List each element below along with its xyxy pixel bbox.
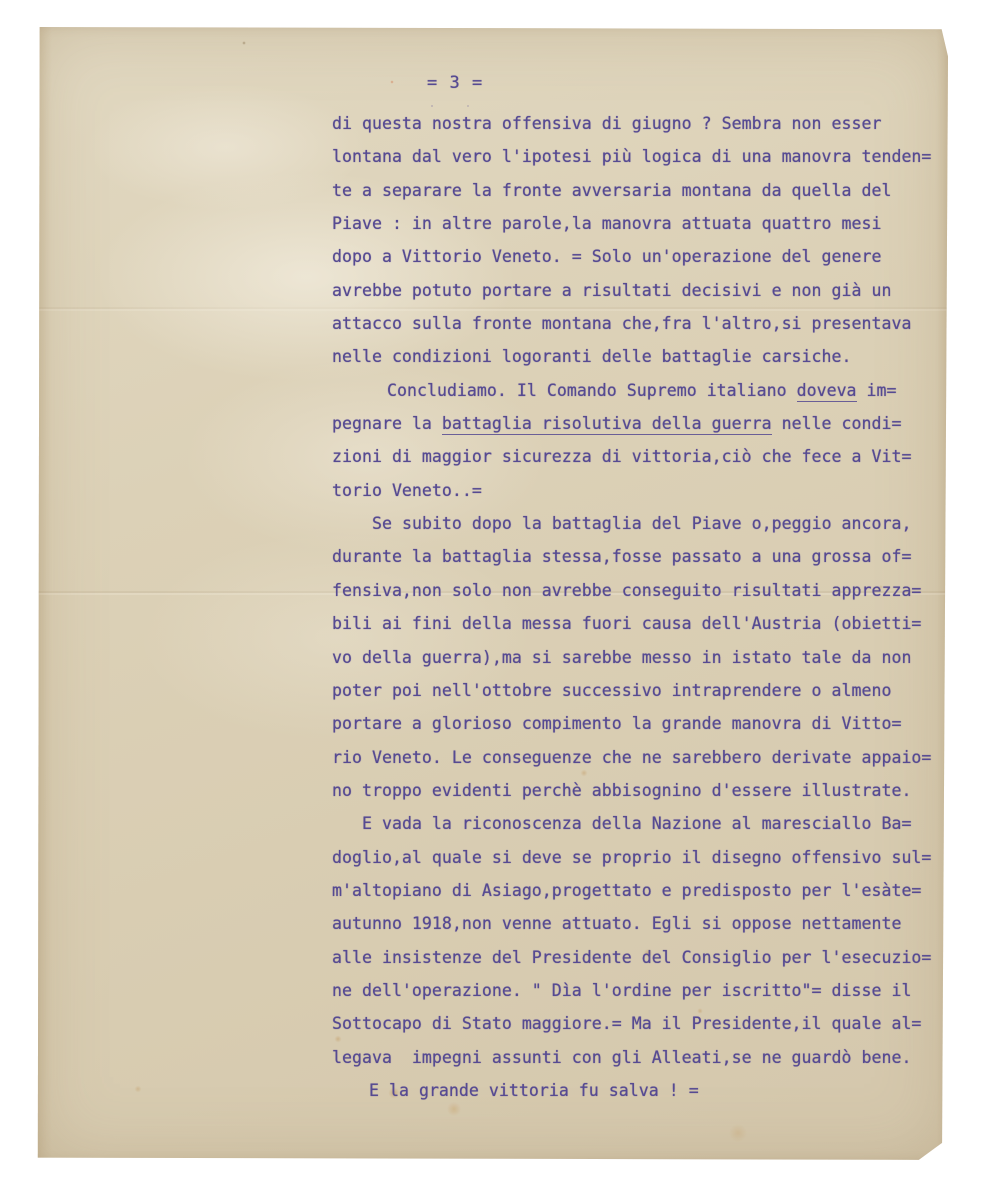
text-segment: Se subito dopo la battaglia del Piave o,…: [372, 514, 911, 533]
typewritten-line: pegnare la battaglia risolutiva della gu…: [332, 407, 944, 440]
text-segment: Concludiamo. Il Comando Supremo italiano: [387, 381, 797, 400]
text-segment: nelle condizioni logoranti delle battagl…: [332, 347, 852, 366]
typewritten-line: nelle condizioni logoranti delle battagl…: [332, 340, 944, 373]
typewritten-line: dopo a Vittorio Veneto. = Solo un'operaz…: [332, 240, 944, 273]
typewritten-line: durante la battaglia stessa,fosse passat…: [332, 540, 944, 573]
text-segment: pegnare la: [332, 414, 442, 433]
typewritten-line: lontana dal vero l'ipotesi più logica di…: [332, 140, 944, 173]
typewritten-text: di questa nostra offensiva di giugno ? S…: [332, 107, 944, 1107]
text-segment: m'altopiano di Asiago,progettato e predi…: [332, 881, 921, 900]
typewritten-line: torio Veneto..=: [332, 474, 944, 507]
typewritten-line: Se subito dopo la battaglia del Piave o,…: [332, 507, 944, 540]
text-segment: doglio,al quale si deve se proprio il di…: [332, 848, 931, 867]
typewritten-line: legava impegni assunti con gli Alleati,s…: [332, 1041, 944, 1074]
text-segment: vo della guerra),ma si sarebbe messo in …: [332, 648, 911, 667]
typewritten-line: alle insistenze del Presidente del Consi…: [332, 941, 944, 974]
typewritten-line: no troppo evidenti perchè abbisognino d'…: [332, 774, 944, 807]
text-segment: di questa nostra offensiva di giugno ? S…: [332, 114, 881, 133]
text-segment: no troppo evidenti perchè abbisognino d'…: [332, 781, 911, 800]
typewritten-line: Piave : in altre parole,la manovra attua…: [332, 207, 944, 240]
text-segment: zioni di maggior sicurezza di vittoria,c…: [332, 447, 911, 466]
underlined-phrase: doveva: [797, 381, 857, 402]
text-segment: alle insistenze del Presidente del Consi…: [332, 948, 931, 967]
paper-sheet: = 3 = di questa nostra offensiva di giug…: [36, 27, 948, 1161]
typewritten-line: Concludiamo. Il Comando Supremo italiano…: [332, 374, 944, 407]
typewritten-line: E la grande vittoria fu salva ! =: [332, 1074, 944, 1107]
underlined-phrase: battaglia risolutiva della guerra: [442, 414, 772, 435]
text-segment: im=: [857, 381, 897, 400]
typewritten-line: te a separare la fronte avversaria monta…: [332, 174, 944, 207]
typewritten-line: di questa nostra offensiva di giugno ? S…: [332, 107, 944, 140]
text-segment: autunno 1918,non venne attuato. Egli si …: [332, 914, 901, 933]
typewritten-line: ne dell'operazione. " Dìa l'ordine per i…: [332, 974, 944, 1007]
text-segment: E la grande vittoria fu salva ! =: [369, 1081, 699, 1100]
typewritten-line: bili ai fini della messa fuori causa del…: [332, 607, 944, 640]
text-segment: poter poi nell'ottobre successivo intrap…: [332, 681, 891, 700]
text-segment: dopo a Vittorio Veneto. = Solo un'operaz…: [332, 247, 881, 266]
scan-background: = 3 = di questa nostra offensiva di giug…: [0, 0, 987, 1200]
text-segment: bili ai fini della messa fuori causa del…: [332, 614, 921, 633]
page-number: = 3 =: [427, 73, 483, 93]
typewritten-line: attacco sulla fronte montana che,fra l'a…: [332, 307, 944, 340]
text-segment: legava impegni assunti con gli Alleati,s…: [332, 1048, 911, 1067]
text-segment: rio Veneto. Le conseguenze che ne sarebb…: [332, 748, 931, 767]
typewritten-line: avrebbe potuto portare a risultati decis…: [332, 274, 944, 307]
text-segment: fensiva,non solo non avrebbe conseguito …: [332, 581, 921, 600]
text-segment: Piave : in altre parole,la manovra attua…: [332, 214, 881, 233]
typewritten-line: m'altopiano di Asiago,progettato e predi…: [332, 874, 944, 907]
text-segment: torio Veneto..=: [332, 481, 482, 500]
typewritten-line: Sottocapo di Stato maggiore.= Ma il Pres…: [332, 1007, 944, 1040]
typewritten-line: autunno 1918,non venne attuato. Egli si …: [332, 907, 944, 940]
typewritten-line: portare a glorioso compimento la grande …: [332, 707, 944, 740]
text-segment: attacco sulla fronte montana che,fra l'a…: [332, 314, 911, 333]
text-segment: Sottocapo di Stato maggiore.= Ma il Pres…: [332, 1014, 921, 1033]
typewritten-line: poter poi nell'ottobre successivo intrap…: [332, 674, 944, 707]
text-segment: ne dell'operazione. " Dìa l'ordine per i…: [332, 981, 911, 1000]
text-segment: portare a glorioso compimento la grande …: [332, 714, 901, 733]
text-segment: E vada la riconoscenza della Nazione al …: [362, 814, 911, 833]
typewritten-line: rio Veneto. Le conseguenze che ne sarebb…: [332, 741, 944, 774]
text-segment: te a separare la fronte avversaria monta…: [332, 181, 891, 200]
typewritten-line: vo della guerra),ma si sarebbe messo in …: [332, 641, 944, 674]
text-segment: durante la battaglia stessa,fosse passat…: [332, 547, 911, 566]
text-segment: avrebbe potuto portare a risultati decis…: [332, 281, 891, 300]
text-segment: lontana dal vero l'ipotesi più logica di…: [332, 147, 931, 166]
typewritten-line: fensiva,non solo non avrebbe conseguito …: [332, 574, 944, 607]
typewritten-line: doglio,al quale si deve se proprio il di…: [332, 841, 944, 874]
typewritten-line: E vada la riconoscenza della Nazione al …: [332, 807, 944, 840]
text-segment: nelle condi=: [772, 414, 902, 433]
typewritten-line: zioni di maggior sicurezza di vittoria,c…: [332, 440, 944, 473]
